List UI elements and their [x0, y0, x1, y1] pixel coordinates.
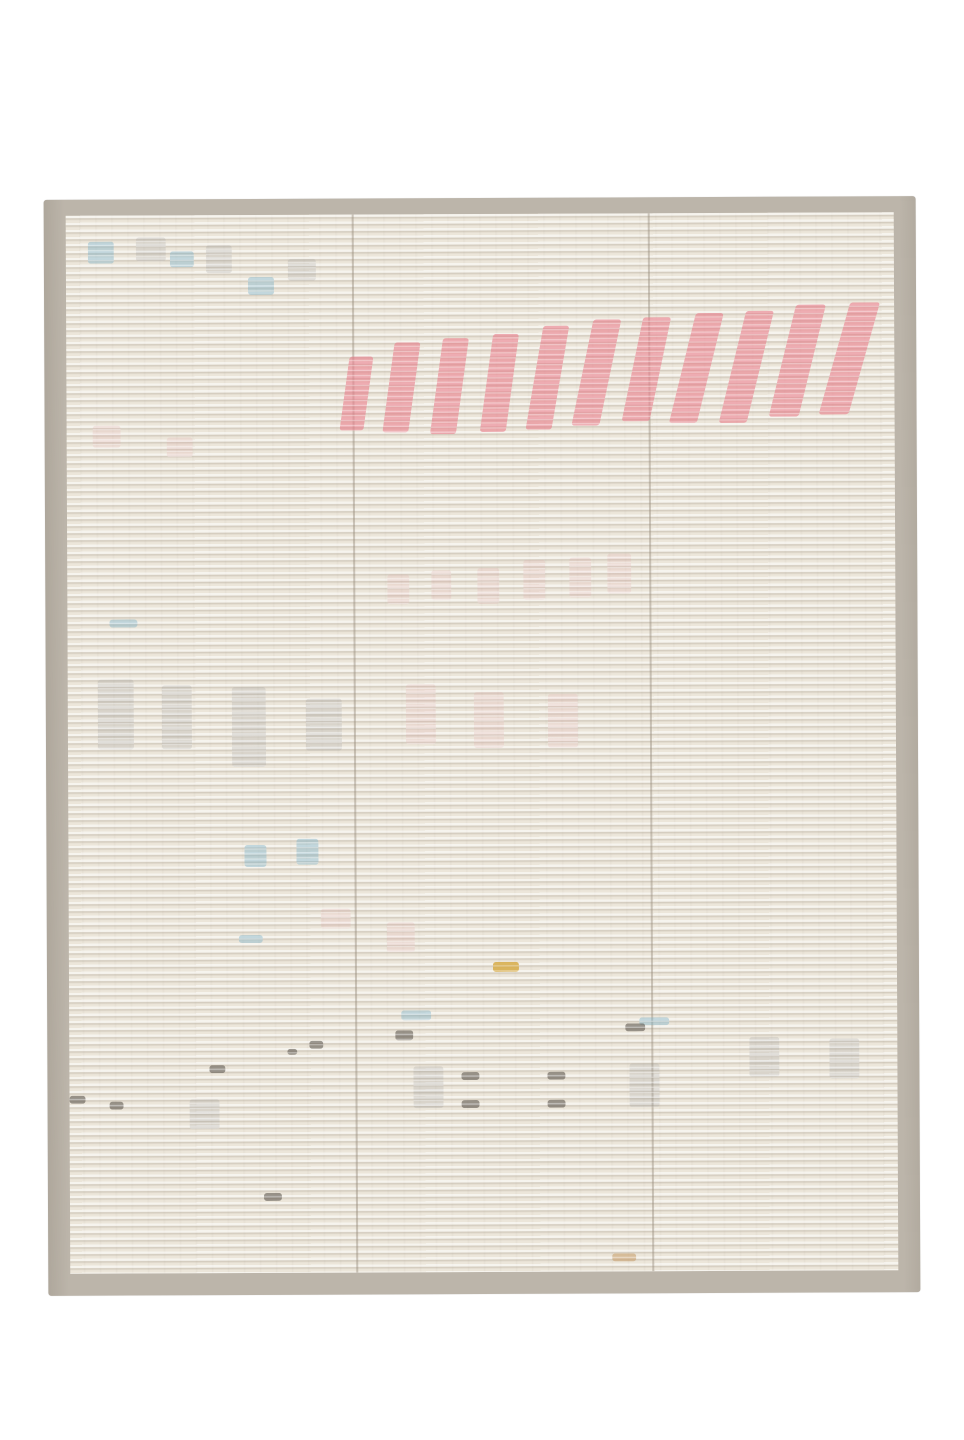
dark-knot — [264, 1193, 282, 1201]
rose-motif — [387, 922, 415, 952]
gray-motif — [288, 259, 316, 281]
tan-accent — [612, 1253, 636, 1261]
rug — [44, 196, 921, 1296]
rose-motif — [474, 692, 504, 748]
blue-motif — [296, 839, 318, 865]
ochre-accent — [493, 962, 519, 972]
rose-motif — [523, 560, 545, 600]
pink-bar — [525, 326, 569, 430]
gray-motif — [136, 237, 166, 261]
rose-motif — [321, 909, 351, 929]
gray-motif — [749, 1037, 779, 1077]
dark-knot — [209, 1065, 225, 1073]
pink-bar — [818, 302, 880, 414]
dark-knot — [70, 1096, 86, 1104]
gray-motif — [190, 1099, 220, 1129]
pink-bar — [571, 319, 621, 425]
rose-motif — [569, 558, 591, 598]
rose-motif — [93, 426, 121, 448]
gray-motif — [829, 1038, 859, 1078]
rose-motif — [431, 570, 451, 600]
gray-motif — [162, 685, 192, 749]
rose-motif — [387, 574, 409, 604]
blue-motif — [244, 845, 266, 867]
pink-bar — [769, 304, 826, 416]
dark-knot — [462, 1100, 480, 1108]
pink-bar — [669, 313, 724, 423]
pink-bar — [480, 334, 519, 432]
blue-motif — [109, 620, 137, 628]
rose-motif — [477, 568, 499, 604]
gray-motif — [98, 680, 134, 750]
rose-motif — [406, 684, 436, 744]
blue-motif — [88, 242, 114, 264]
dark-knot — [395, 1030, 413, 1040]
pink-bar — [719, 311, 774, 423]
gray-motif — [306, 699, 342, 751]
gray-motif — [629, 1063, 659, 1107]
dark-knot — [547, 1072, 565, 1080]
pink-bar — [339, 356, 373, 430]
gray-motif — [232, 687, 266, 767]
rose-motif — [167, 437, 193, 457]
dark-knot — [110, 1102, 124, 1110]
gray-motif — [413, 1066, 443, 1108]
blue-motif — [248, 277, 274, 295]
dark-knot — [461, 1072, 479, 1080]
blue-motif — [239, 935, 263, 943]
rose-motif — [607, 553, 631, 593]
pink-bar — [382, 342, 420, 432]
rose-motif — [548, 694, 578, 748]
dark-knot — [309, 1041, 323, 1049]
rug-field — [66, 212, 899, 1274]
dark-knot — [625, 1023, 645, 1031]
dark-knot — [548, 1100, 566, 1108]
gray-motif — [206, 245, 232, 273]
pink-bar — [430, 338, 469, 434]
blue-motif — [170, 251, 194, 267]
blue-motif — [401, 1010, 431, 1020]
pink-bar — [622, 317, 672, 421]
dark-knot — [287, 1049, 297, 1055]
